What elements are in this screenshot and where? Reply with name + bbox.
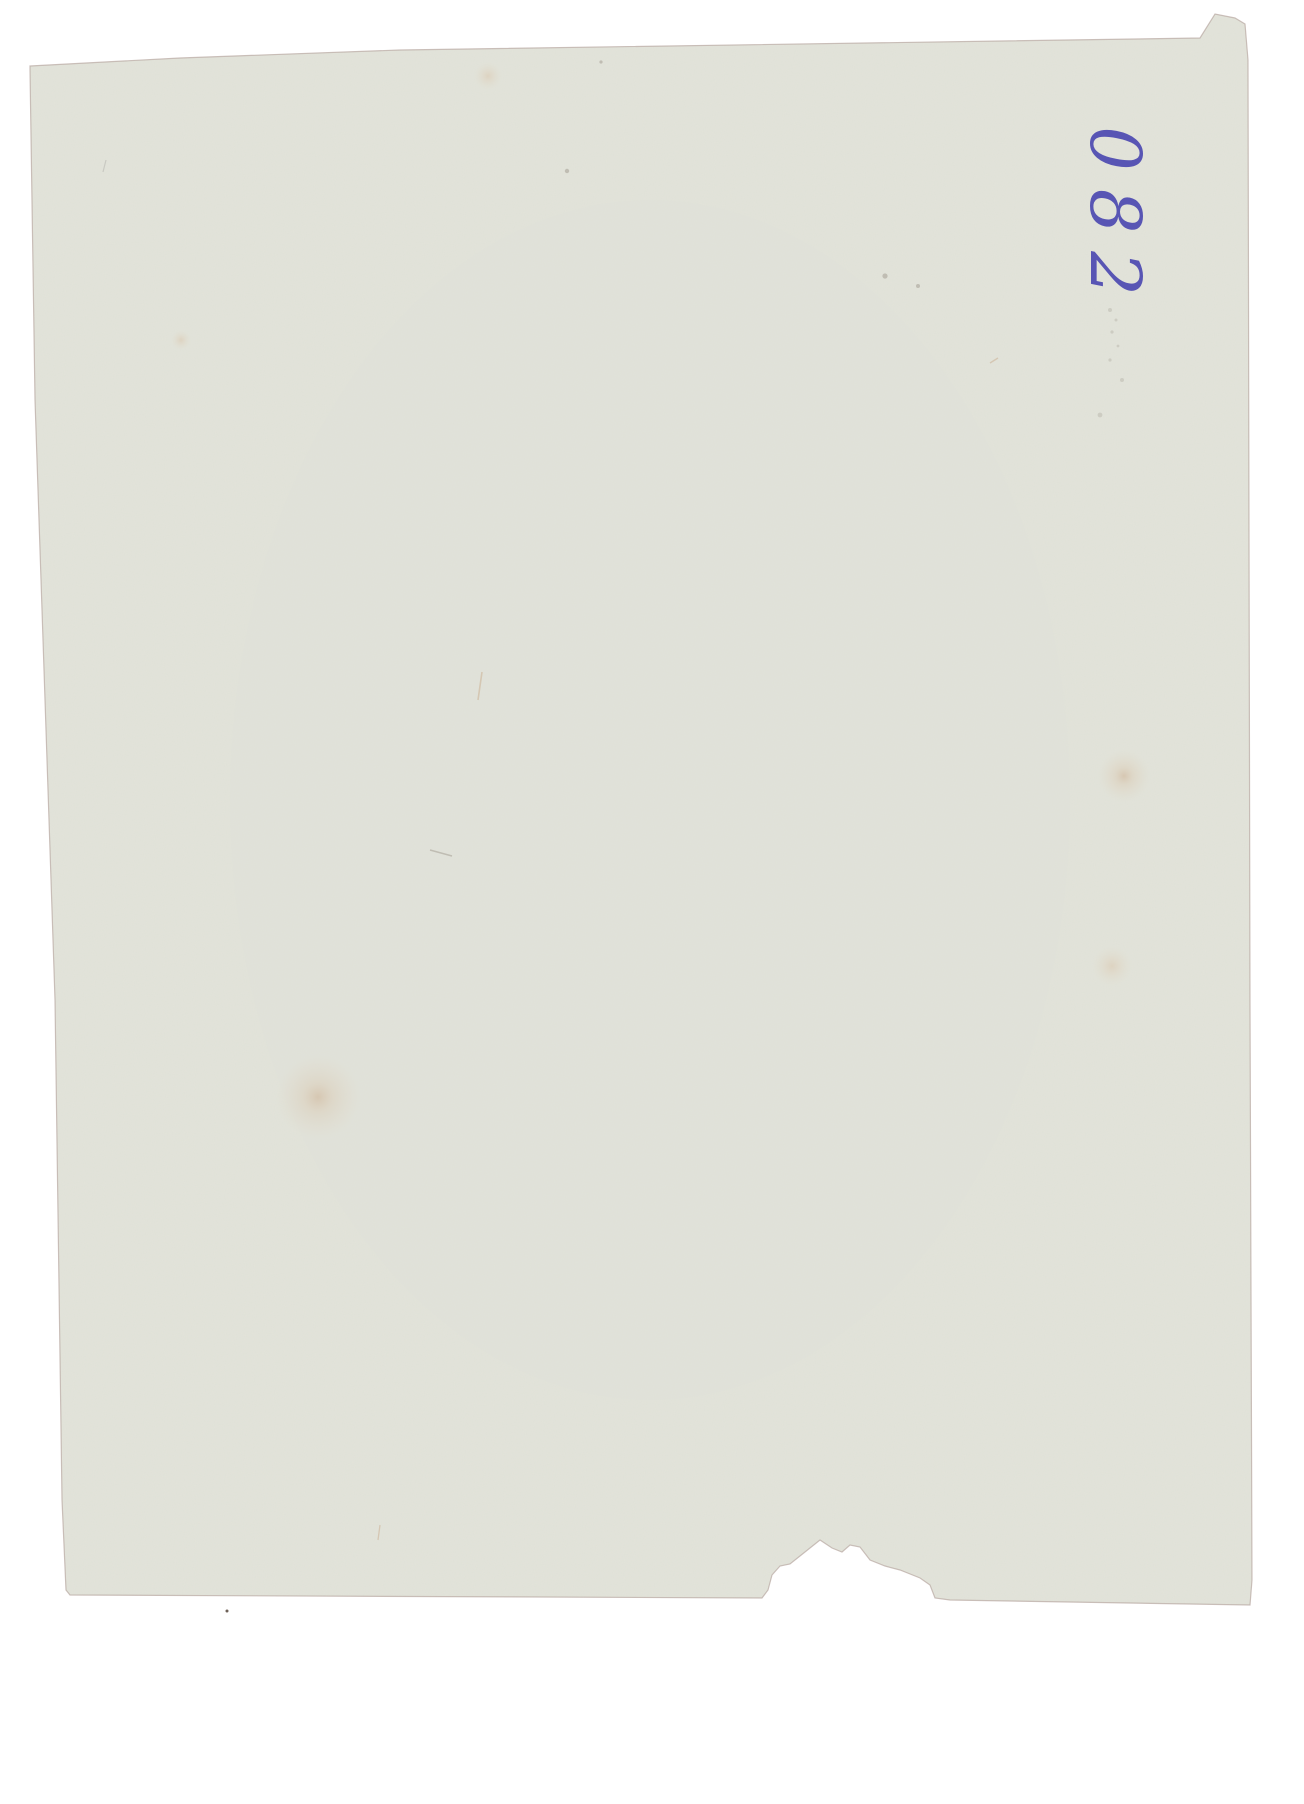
- handwritten-number-text: 082: [1074, 126, 1156, 314]
- handwritten-page-number: 082: [1055, 90, 1175, 350]
- scanned-paper-sheet: 082: [0, 0, 1304, 1804]
